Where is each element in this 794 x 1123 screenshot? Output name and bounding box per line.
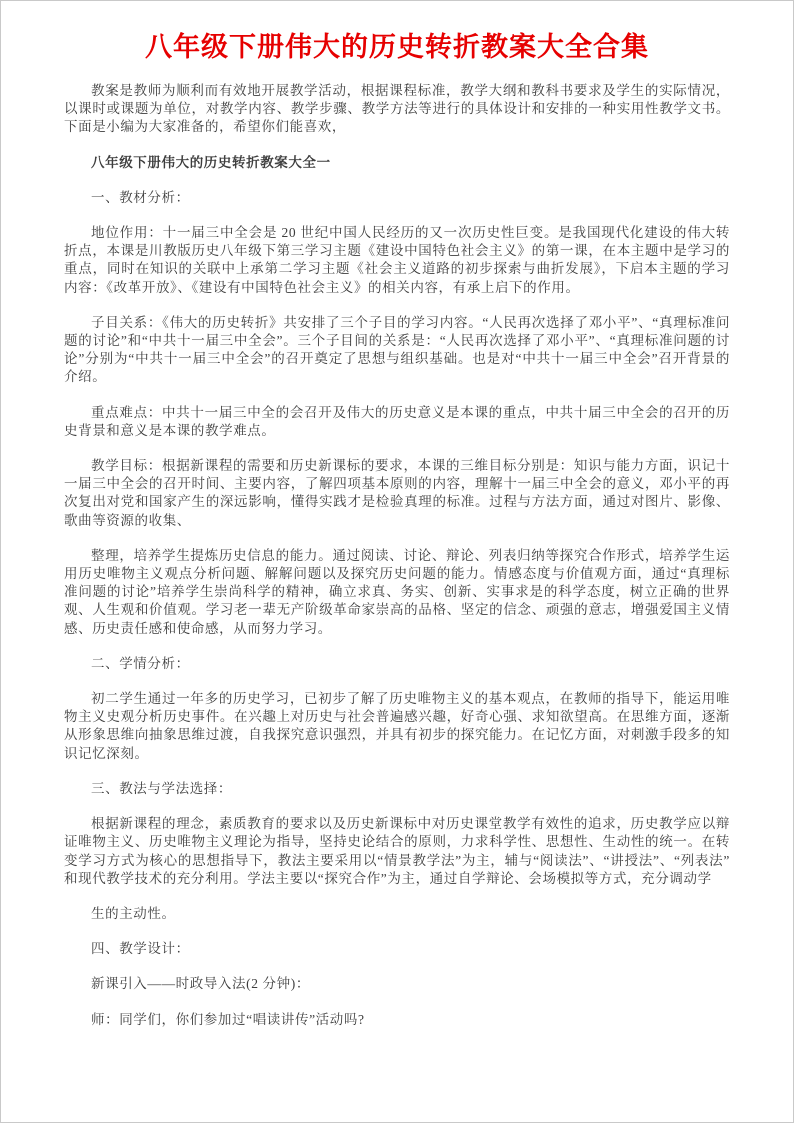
intro-paragraph: 教案是教师为顺利而有效地开展教学活动，根据课程标准，教学大纲和教科书要求及学生的…	[64, 82, 730, 137]
section-heading-teaching-design: 四、教学设计：	[64, 940, 730, 958]
paragraph-teaching-goal: 教学目标：根据新课程的需要和历史新课标的要求，本课的三维目标分别是：知识与能力方…	[64, 457, 730, 530]
document-page: 八年级下册伟大的历史转折教案大全合集 教案是教师为顺利而有效地开展教学活动，根据…	[0, 0, 794, 1123]
document-title: 八年级下册伟大的历史转折教案大全合集	[64, 31, 730, 65]
section-heading-learner-analysis: 二、学情分析：	[64, 655, 730, 673]
paragraph-method-selection-continued: 生的主动性。	[64, 905, 730, 923]
paragraph-method-selection: 根据新课程的理念，素质教育的要求以及历史新课标中对历史课堂教学有效性的追求，历史…	[64, 815, 730, 888]
paragraph-lesson-intro: 新课引入——时政导入法(2 分钟)：	[64, 975, 730, 993]
collection-heading: 八年级下册伟大的历史转折教案大全一	[64, 154, 730, 172]
paragraph-teaching-goal-continued: 整理，培养学生提炼历史信息的能力。通过阅读、讨论、辩论、列表归纳等探究合作形式，…	[64, 547, 730, 638]
section-heading-material-analysis: 一、教材分析：	[64, 189, 730, 207]
paragraph-material-position: 地位作用：十一届三中全会是 20 世纪中国人民经历的又一次历史性巨变。是我国现代…	[64, 224, 730, 297]
section-heading-method-selection: 三、教法与学法选择：	[64, 780, 730, 798]
paragraph-learner-analysis: 初二学生通过一年多的历史学习，已初步了解了历史唯物主义的基本观点，在教师的指导下…	[64, 690, 730, 763]
paragraph-submodule-relation: 子目关系：《伟大的历史转折》共安排了三个子目的学习内容。“人民再次选择了邓小平”…	[64, 314, 730, 387]
paragraph-teacher-line: 师：同学们，你们参加过“唱读讲传”活动吗?	[64, 1011, 730, 1029]
paragraph-key-difficulty: 重点难点：中共十一届三中全的会召开及伟大的历史意义是本课的重点，中共十届三中全会…	[64, 404, 730, 440]
